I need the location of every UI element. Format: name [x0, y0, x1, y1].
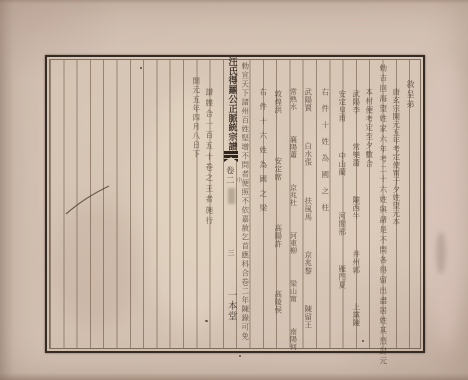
text-column-group: 上黨陳 — [352, 303, 360, 327]
text-column-group: 武陽李 — [352, 90, 360, 114]
ink-speckle — [140, 67, 142, 69]
scan-edge-shadow — [0, 373, 468, 380]
scanned-page: 敘呈弟唐玄宗開元五年考定使甯于夕姓望元本勅吉回海望姓家六年考二十六姓與諸是不問各… — [0, 0, 468, 380]
text-column-group: 襄陽蕭 — [290, 136, 297, 158]
text-column-group: 中山藺 — [338, 152, 346, 176]
text-column-group: 隴西牛 — [352, 196, 360, 220]
text-column: 開元五年四月八日下 — [192, 77, 200, 159]
text-column-group: 白水張 — [304, 142, 312, 166]
text-column: 右件十姓為國之柱 — [321, 88, 329, 220]
text-column-group: 安定皇甫 — [338, 90, 346, 122]
text-column: 勅吉回海望姓家六年考二十六姓與諸是不問各得留出盡居姓其烈討元 — [379, 64, 387, 367]
spine-volume-label: 卷二 — [225, 166, 234, 185]
spine-page-number: 三 — [228, 248, 235, 258]
text-column-group: 河間邢 — [338, 212, 346, 236]
text-column-group: 高陵侯 — [274, 290, 282, 314]
illegible-small-text — [228, 188, 235, 204]
spine-title: 汪氏得羅公正脈統宗譜 — [227, 57, 236, 151]
text-column: 勅宣天下諸州百姓堅增不問者便照不依嘉赦乞首應科合卷二年陳錄可免 — [241, 62, 249, 341]
text-column-group: 京兆黎 — [304, 251, 312, 275]
ink-speckle — [239, 355, 241, 357]
scan-edge-shadow — [0, 0, 468, 4]
text-column: 本村便考定至夕數合 — [365, 88, 373, 168]
text-column-group: 常熟水 — [290, 88, 297, 110]
text-column: 右件十六姓為國之梁 — [259, 88, 267, 219]
text-column-group: 京兆杜 — [290, 184, 297, 206]
text-column: 敘呈弟 — [406, 80, 414, 110]
text-column-group: 敦煌洪 — [274, 90, 282, 114]
ink-speckle — [362, 340, 364, 342]
text-column-group: 陳留王 — [304, 305, 312, 329]
text-column-group: 河東柳 — [290, 232, 297, 254]
text-column-group: 梁山甯 — [290, 280, 297, 302]
text-column: 譜牒合一百五十卷之王者施行 — [205, 88, 213, 227]
text-column-group: 井州郭 — [352, 250, 360, 274]
scratch-mark — [62, 182, 114, 220]
text-column-group: 常樂蕭 — [352, 143, 360, 167]
text-column-group: 高陽許 — [274, 224, 282, 248]
ink-smudge — [436, 232, 446, 274]
text-column-group: 武陽賈 — [304, 88, 312, 112]
text-column-group: 安定席 — [274, 157, 282, 181]
paper-ghosting — [424, 58, 468, 350]
spine-hall-mark: 一本堂 — [226, 290, 236, 322]
spine-volume-note: 中 — [237, 176, 243, 184]
text-column-group: 雁門夏 — [338, 265, 346, 289]
text-column-group: 南陽何 — [290, 328, 297, 350]
text-column-group: 扶風馬 — [304, 197, 312, 221]
text-column: 唐玄宗開元五年考定使甯于夕姓望元本 — [392, 88, 400, 226]
